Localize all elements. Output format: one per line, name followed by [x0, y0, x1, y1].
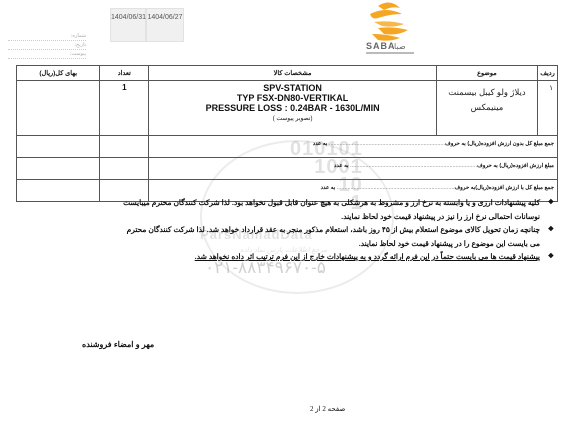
note-item: ❖ کلیه پیشنهادات ارزی و یا وابسته به نرخ… — [54, 196, 554, 210]
col-header-quantity: تعداد — [100, 66, 149, 81]
summary-label: مبلغ ارزش افزوده(ریال) به حروف..........… — [149, 158, 558, 180]
date-stamp-1: 1404/06/31 — [110, 8, 146, 42]
note-item-continuation: می بایست این موضوع را در پیشنهاد قیمت خو… — [54, 237, 554, 251]
bullet-diamond-icon: ❖ — [548, 223, 554, 237]
bullet-diamond-icon: ❖ — [548, 250, 554, 264]
date-stamp-2: 1404/06/27 — [146, 8, 184, 42]
col-header-row-no: ردیف — [538, 66, 558, 81]
page-number: صفحه 2 از 2 — [310, 405, 345, 413]
meta-field-date: تاریخ: — [8, 42, 86, 50]
terms-notes: ❖ کلیه پیشنهادات ارزی و یا وابسته به نرخ… — [54, 196, 554, 264]
cell-row-no: ۱ — [538, 81, 558, 136]
spec-line: PRESSURE LOSS : 0.24BAR - 1630L/MIN — [149, 103, 436, 113]
meta-field-number: شماره: — [8, 33, 86, 41]
summary-cell-empty — [100, 136, 149, 158]
saba-logo-icon: SABA صبا — [350, 0, 430, 58]
cell-total-price[interactable] — [17, 81, 100, 136]
col-header-specs: مشخصات کالا — [149, 66, 437, 81]
table-row: ۱ دیلاژ ولو کیبل بیسمنت مینیمکس SPV-STAT… — [17, 81, 558, 136]
note-item: ❖ پیشنهاد قیمت ها می بایست حتماً در این … — [54, 250, 554, 264]
seller-signature-label: مهر و امضاء فروشنده — [82, 340, 154, 349]
items-table: ردیف موضوع مشخصات کالا تعداد بهای کل(ریا… — [16, 65, 558, 202]
col-header-total-price: بهای کل(ریال) — [17, 66, 100, 81]
summary-row-vat: مبلغ ارزش افزوده(ریال) به حروف..........… — [17, 158, 558, 180]
summary-cell-empty — [100, 158, 149, 180]
summary-label: جمع مبلغ کل بدون ارزش افزوده(ریال) به حر… — [149, 136, 558, 158]
note-item: ❖ چنانچه زمان تحویل کالای موضوع استعلام … — [54, 223, 554, 237]
summary-row-subtotal: جمع مبلغ کل بدون ارزش افزوده(ریال) به حر… — [17, 136, 558, 158]
note-item-continuation: نوسانات احتمالی نرخ ارز را نیز در پیشنها… — [54, 210, 554, 224]
bullet-diamond-icon: ❖ — [548, 196, 554, 210]
spec-line: TYP FSX-DN80-VERTIKAL — [149, 93, 436, 103]
cell-subject: دیلاژ ولو کیبل بیسمنت مینیمکس — [436, 81, 537, 136]
cell-quantity: 1 — [100, 81, 149, 136]
cell-specs: SPV-STATION TYP FSX-DN80-VERTIKAL PRESSU… — [149, 81, 437, 136]
summary-value-subtotal[interactable] — [17, 136, 100, 158]
meta-field-attachment: پیوست: — [8, 51, 86, 59]
table-header-row: ردیف موضوع مشخصات کالا تعداد بهای کل(ریا… — [17, 66, 558, 81]
col-header-subject: موضوع — [436, 66, 537, 81]
spec-note: (تصویر پیوست ) — [149, 114, 436, 124]
company-logo: SABA صبا — [350, 0, 430, 58]
summary-value-vat[interactable] — [17, 158, 100, 180]
svg-text:SABA: SABA — [366, 41, 396, 51]
spec-line: SPV-STATION — [149, 83, 436, 93]
svg-text:صبا: صبا — [394, 42, 406, 51]
